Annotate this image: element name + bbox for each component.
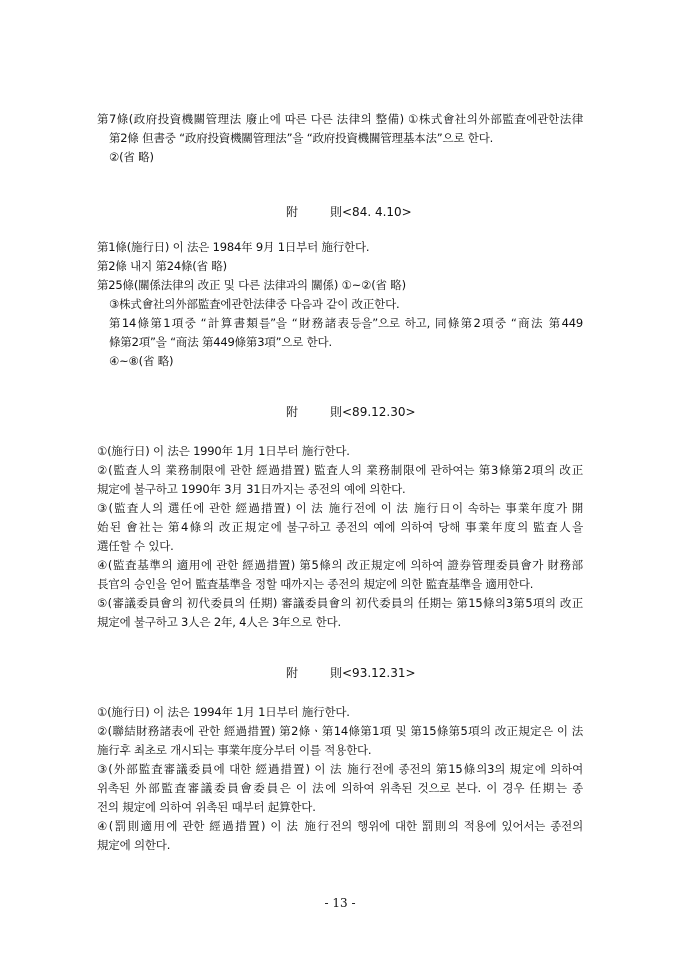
addendum-heading-date: 則<93.12.31> bbox=[330, 666, 416, 680]
addendum-93-line-2: ②(聯結財務諸表에 관한 經過措置) 第2條ㆍ第14條第1項 및 第15條第5項… bbox=[97, 724, 583, 738]
article-7-item-2: ②(省 略) bbox=[109, 150, 154, 164]
addendum-93-line-7: ④(罰則適用에 관한 經過措置) 이 法 施行전의 행위에 대한 罰則의 적용에… bbox=[97, 819, 583, 833]
page-number: - 13 - bbox=[0, 896, 680, 910]
addendum-84-line-4: ③株式會社의外部監査에관한法律중 다음과 같이 改正한다. bbox=[109, 297, 399, 311]
addendum-89-line-10: 規定에 불구하고 3人은 2年, 4人은 3年으로 한다. bbox=[97, 615, 341, 629]
addendum-84-line-5: 第14條第1項중 “計算書類를”을 “財務諸表등을”으로 하고, 同條第2項중 … bbox=[109, 316, 583, 330]
addendum-89-line-2: ②(監査人의 業務制限에 관한 經過措置) 監査人의 業務制限에 관하여는 第3… bbox=[97, 463, 583, 477]
article-7-line-2: 第2條 但書중 “政府投資機關管理法”을 “政府投資機關管理基本法”으로 한다. bbox=[109, 131, 493, 145]
addendum-93-line-5: 위촉된 外部監査審議委員會委員은 이 法에 의하여 위촉된 것으로 본다. 이 … bbox=[97, 781, 583, 795]
addendum-93-line-3: 施行후 최초로 개시되는 事業年度分부터 이를 적용한다. bbox=[97, 743, 371, 757]
addendum-89-line-6: 選任할 수 있다. bbox=[97, 539, 174, 553]
addendum-93-line-1: ①(施行日) 이 法은 1994年 1月 1日부터 施行한다. bbox=[97, 705, 350, 719]
addendum-heading-84: 附則<84. 4.10> bbox=[286, 205, 412, 219]
document-page: 第7條(政府投資機關管理法 廢止에 따른 다른 法律의 整備) ①株式會社의外部… bbox=[0, 0, 680, 962]
addendum-89-line-5: 始된 會社는 第4條의 改正規定에 불구하고 종전의 예에 의하여 당해 事業年… bbox=[97, 520, 583, 534]
article-7-line-1: 第7條(政府投資機關管理法 廢止에 따른 다른 法律의 整備) ①株式會社의外部… bbox=[97, 112, 583, 126]
addendum-84-line-1: 第1條(施行日) 이 法은 1984年 9月 1日부터 施行한다. bbox=[97, 240, 369, 254]
addendum-89-line-4: ③(監査人의 選任에 관한 經過措置) 이 法 施行전에 이 法 施行日이 속하… bbox=[97, 501, 583, 515]
addendum-89-line-7: ④(監査基準의 適用에 관한 經過措置) 第5條의 改正規定에 의하여 證券管理… bbox=[97, 558, 583, 572]
addendum-89-line-9: ⑤(審議委員會의 初代委員의 任期) 審議委員會의 初代委員의 任期는 第15條… bbox=[97, 596, 583, 610]
addendum-heading-date: 則<89.12.30> bbox=[330, 405, 416, 419]
addendum-93-line-8: 規定에 의한다. bbox=[97, 838, 170, 852]
addendum-89-line-8: 長官의 승인을 얻어 監査基準을 정할 때까지는 종전의 規定에 의한 監査基準… bbox=[97, 577, 533, 591]
addendum-89-line-1: ①(施行日) 이 法은 1990年 1月 1日부터 施行한다. bbox=[97, 444, 350, 458]
addendum-93-line-6: 전의 規定에 의하여 위촉된 때부터 起算한다. bbox=[97, 800, 316, 814]
addendum-84-line-6: 條第2項”을 “商法 第449條第3項”으로 한다. bbox=[109, 335, 332, 349]
addendum-93-line-4: ③(外部監査審議委員에 대한 經過措置) 이 法 施行전에 종전의 第15條의3… bbox=[97, 762, 583, 776]
addendum-heading-prefix: 附 bbox=[286, 205, 330, 219]
addendum-89-line-3: 規定에 불구하고 1990年 3月 31日까지는 종전의 예에 의한다. bbox=[97, 482, 406, 496]
addendum-heading-prefix: 附 bbox=[286, 405, 330, 419]
addendum-heading-prefix: 附 bbox=[286, 666, 330, 680]
addendum-84-line-3: 第25條(關係法律의 改正 및 다른 法律과의 關係) ①~②(省 略) bbox=[97, 278, 406, 292]
addendum-heading-89: 附則<89.12.30> bbox=[286, 405, 416, 419]
addendum-84-line-7: ④~⑧(省 略) bbox=[109, 354, 173, 368]
addendum-84-line-2: 第2條 내지 第24條(省 略) bbox=[97, 259, 227, 273]
addendum-heading-93: 附則<93.12.31> bbox=[286, 666, 416, 680]
addendum-heading-date: 則<84. 4.10> bbox=[330, 205, 412, 219]
